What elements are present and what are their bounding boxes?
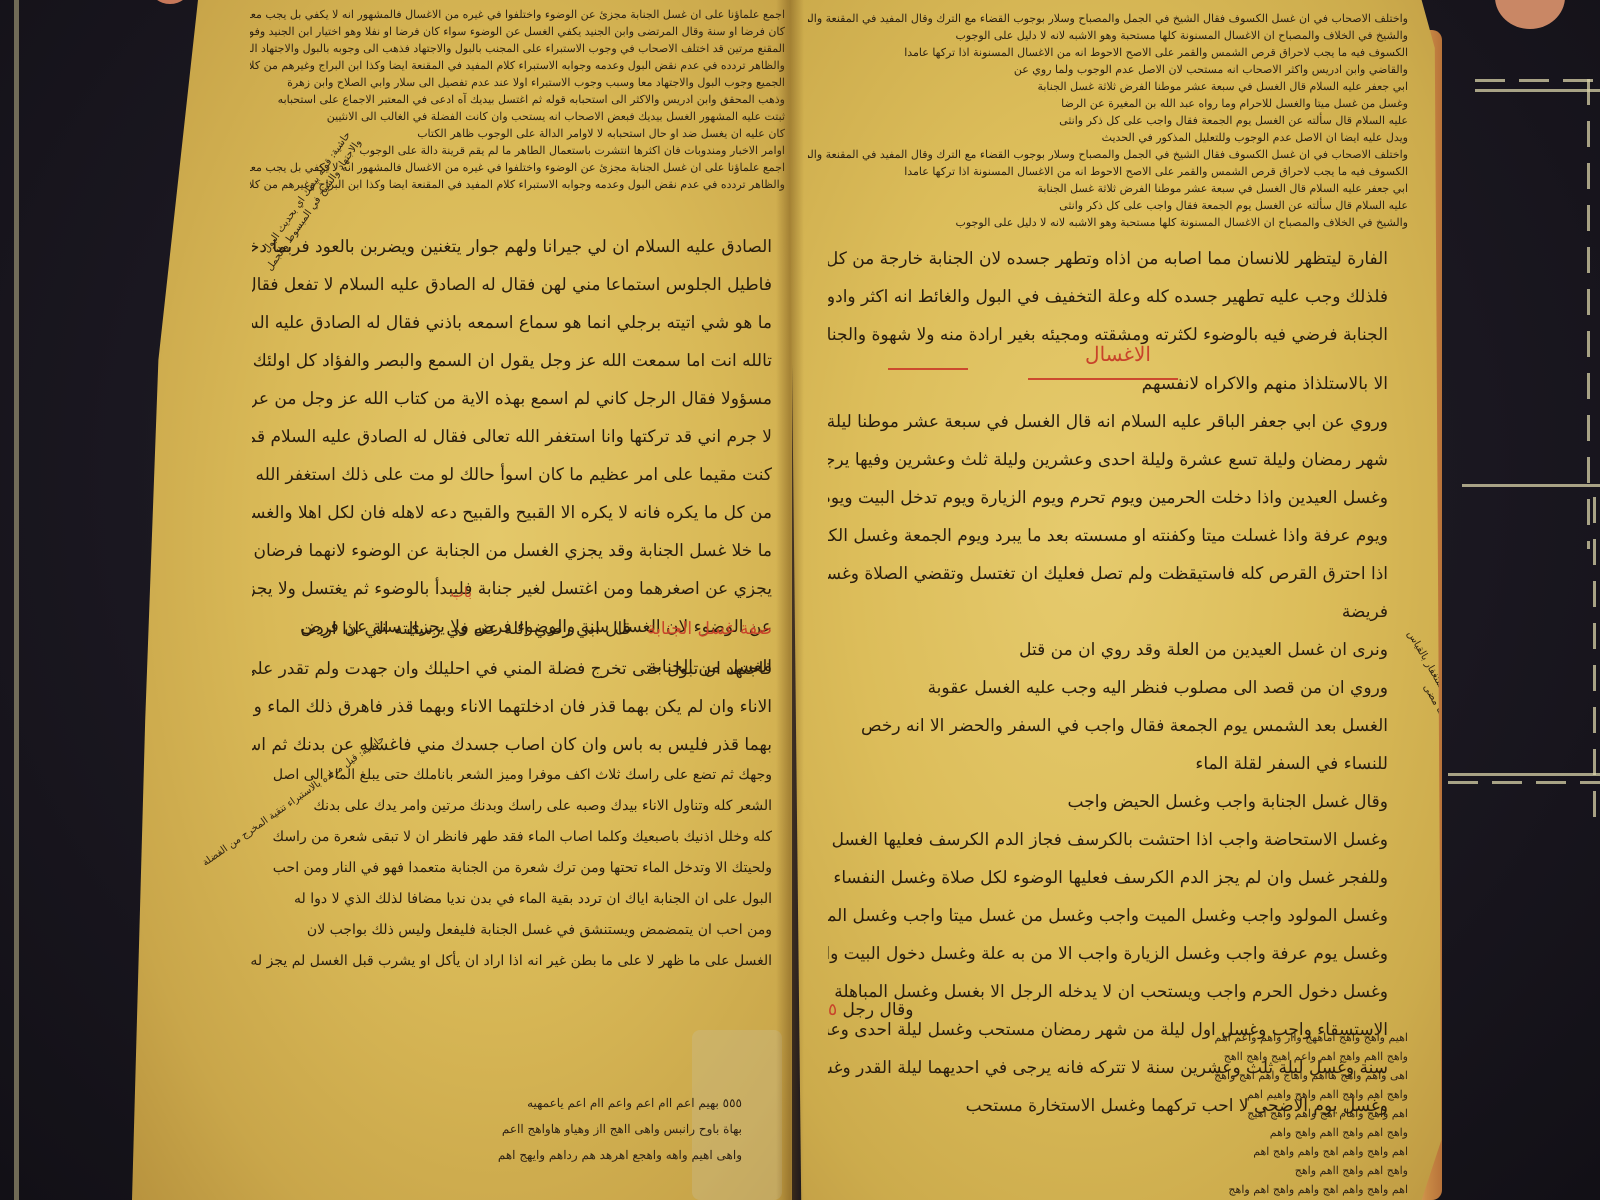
text-line: مسؤولا فقال الرجل كاني لم اسمع بهذه الاي… xyxy=(252,380,772,418)
text-line: ويدل عليه ايضا ان الاصل عدم الوجوب وللتع… xyxy=(808,129,1408,146)
text-line: فاطيل الجلوس استماعا مني لهن فقال له الص… xyxy=(252,266,772,304)
text-line: الغسل بعد الشمس يوم الجمعة فقال واجب في … xyxy=(828,707,1388,745)
text-line: ومن احب ان يتمضمض ويستنشق في غسل الجنابة… xyxy=(172,915,772,946)
right-page: واختلف الاصحاب في ان غسل الكسوف فقال الش… xyxy=(788,0,1448,1200)
text-line: وللفجر غسل وان لم يجز الدم الكرسف فعليها… xyxy=(828,859,1388,897)
mat-solid-guide xyxy=(1462,484,1600,487)
text-line: عليه السلام قال سألته عن الغسل يوم الجمع… xyxy=(808,112,1408,129)
text-line: واختلف الاصحاب في ان غسل الكسوف فقال الش… xyxy=(808,146,1408,163)
mat-solid-guide xyxy=(1448,773,1600,776)
text-line: الا بالاستلذاذ منهم والاكراه لانفسهم xyxy=(828,365,1388,403)
text-line: ﺍﻫﻢ ﻭﺍﻫﺞ ﻭﺍﻫﻢ ﺍﻫﺞ ﻭﺍﻫﻢ ﻭﺍﻫﺞ ﺍﻫﻢ ﻭﺍﻫﺞ xyxy=(838,1180,1408,1199)
text-line: ويوم عرفة واذا غسلت ميتا وكفنته او مسسته… xyxy=(828,517,1388,555)
text-line: ﺍﻫﻢ ﻭﺍﻫﺞ ﻭﺍﻫﻢ ﺍﻫﺞ ﻭﺍﻫﻢ ﻭﺍﻫﺞ ﺍﻫﻢ xyxy=(838,1142,1408,1161)
text-line: ﺑﻬﺎﺓ ﺑﺎﻭﺡ ﺭﺍﻧﺒﺲ ﻭﺍﻫﻰ ﺍﺍﻫﺞ ﺍﺍﺯ ﻭﻫﻴﺎﻭ ﻫﺎﻭﺍ… xyxy=(182,1116,742,1142)
text-line: الجميع وجوب البول والاجتهاد معا وسبب وجو… xyxy=(250,74,785,91)
mat-edge-line xyxy=(14,0,19,1200)
text-line: الاناء وان لم يكن بهما قذر فان ادخلتهما … xyxy=(252,688,772,726)
right-main-text: الفارة ليتظهر للانسان مما اصابه من اذاه … xyxy=(828,240,1388,354)
text-line: ما هو شي اتيته برجلي انما هو سماع اسمعه … xyxy=(252,304,772,342)
text-line: البول على ان الجنابة اياك ان تردد بقية ا… xyxy=(172,884,772,915)
text-line: عليه السلام قال سألته عن الغسل يوم الجمع… xyxy=(808,197,1408,214)
text-line: وقال غسل الجنابة واجب وغسل الحيض واجب xyxy=(828,783,1388,821)
right-bottom-shorthand: ﺍﻫﻴﻢ ﻭﺍﻫﺞ ﻭﺍﻫﺞ ﺍﻣﺎﻫﻬﺞ ﻭﺍﺍﺭ ﻭﺍﻫﻢ ﻭﺍﻋﻢ ﺍﻫﻢ… xyxy=(838,1028,1408,1199)
text-line: وغسل العيدين واذا دخلت الحرمين ويوم تحرم… xyxy=(828,479,1388,517)
left-lower-text: وجهك ثم تضع على راسك ثلاث اكف موفرا وميز… xyxy=(172,760,772,977)
text-line: واختلف الاصحاب في ان غسل الكسوف فقال الش… xyxy=(808,10,1408,27)
rubric-marker: ٥ xyxy=(828,1000,837,1020)
text-line: وغسل الاستحاضة واجب اذا احتشت بالكرسف فج… xyxy=(828,821,1388,859)
text-line: ﻭﺍﻫﺞ ﺍﻫﻢ ﻭﺍﻫﺞ ﺍﺍﻫﻢ ﻭﺍﻫﺞ ﻭﺍﻫﻢ xyxy=(838,1123,1408,1142)
text-line: وجهك ثم تضع على راسك ثلاث اكف موفرا وميز… xyxy=(172,760,772,791)
left-bottom-shorthand: ٥٥٥ ﺑﻬﻴﻢ ﺍﻋﻢ ﺍﺍﻡ ﺍﻋﻢ ﻭﺍﻋﻢ ﺍﺍﻡ ﺍﻋﻢ ﻳﺎﻋﻤﻬﻴ… xyxy=(182,1090,742,1168)
mat-dashed-guide xyxy=(1587,79,1590,549)
text-line: وغسل من غسل ميتا والغسل للاحرام وما رواه… xyxy=(808,95,1408,112)
text-line: وذهب المحقق وابن ادريس والاكثر الى استحب… xyxy=(250,91,785,108)
mat-dashed-guide xyxy=(1448,781,1600,784)
text-line: اذا احترق القرص كله فاستيقظت ولم تصل فعل… xyxy=(828,555,1388,593)
text-line: ٥٥٥ ﺑﻬﻴﻢ ﺍﻋﻢ ﺍﺍﻡ ﺍﻋﻢ ﻭﺍﻋﻢ ﺍﺍﻡ ﺍﻋﻢ ﻳﺎﻋﻤﻬﻴ… xyxy=(182,1090,742,1116)
rubric-heading: صفة غسل الجنابة xyxy=(647,619,772,639)
text-line: فلذلك وجب عليه تطهير جسده كله وعلة التخف… xyxy=(828,278,1388,316)
text-line: الفارة ليتظهر للانسان مما اصابه من اذاه … xyxy=(828,240,1388,278)
mat-solid-guide xyxy=(1475,89,1600,92)
mat-dashed-guide xyxy=(1593,497,1596,817)
rubric-heading: الاغسال xyxy=(1085,342,1151,366)
text-line: ابي جعفر عليه السلام قال الغسل في سبعة ع… xyxy=(808,78,1408,95)
left-page: اجمع علماؤنا على ان غسل الجنابة مجزئ عن … xyxy=(132,0,792,1200)
text-line: من كل ما يكره فانه لا يكره الا القبيح وا… xyxy=(252,494,772,532)
text-line: ﻭﺍﻫﺞ ﺍﺍﻫﻢ ﻭﺍﻫﺞ ﺍﻫﻢ ﻭﺍﻋﻢ ﺍﻫﻴﺞ ﻭﺍﻫﺞ ﺍﺍﻫﺞ xyxy=(838,1047,1408,1066)
text-line: تالله انت اما سمعت الله عز وجل يقول ان ا… xyxy=(252,342,772,380)
text-line: كنت مقيما على امر عظيم ما كان اسوأ حالك … xyxy=(252,456,772,494)
text-line: وروي عن ابي جعفر الباقر عليه السلام انه … xyxy=(828,403,1388,441)
right-rubric-row: الاغسال xyxy=(868,342,1368,366)
text-line: والقاضي وابن ادريس واكثر الاصحاب انه مست… xyxy=(808,61,1408,78)
text-line: ما خلا غسل الجنابة وقد يجزي الغسل من الج… xyxy=(252,532,772,570)
book-gutter xyxy=(776,0,804,1200)
mat-dashed-guide xyxy=(1475,79,1600,82)
text-line: والشيخ في الخلاف والمصباح ان الاغسال الم… xyxy=(808,27,1408,44)
text-line: والظاهر تردده في عدم نقض البول وعدمه وجو… xyxy=(250,57,785,74)
text-line: الكسوف فيه ما يجب لاحراق قرص الشمس والقم… xyxy=(808,44,1408,61)
text-line: المقنع مرتين قد اختلف الاصحاب في وجوب ال… xyxy=(250,40,785,57)
text-line: كان عليه ان يغسل ضد او حال استحبابه لا ل… xyxy=(250,125,785,142)
text-line: بهما قذر فليس به باس وان كان اصاب جسدك م… xyxy=(252,726,772,764)
text-line: ﺍﻫﻢ ﻭﺍﻫﺞ ﻭﺍﻫﺎﻡ ﺍﻫﺞ ﻭﺍﻫﻢ ﻭﺍﻫﺞ ﺍﻫﻴﺞ xyxy=(838,1104,1408,1123)
text-line: وغسل يوم عرفة واجب وغسل الزيارة واجب الا… xyxy=(828,935,1388,973)
text-line: وقال رجل xyxy=(843,1000,914,1020)
text-line: ونرى ان غسل العيدين من العلة وقد روي ان … xyxy=(828,631,1388,669)
text-line: ﻭﺍﻫﺞ ﺍﻫﻢ ﻭﺍﻫﺞ ﺍﺍﻫﻢ ﻭﺍﻫﺞ ﻭﺍﻫﻴﻢ ﺍﻫﻢ xyxy=(838,1085,1408,1104)
text-line: لا جرم اني قد تركتها وانا استغفر الله تع… xyxy=(252,418,772,456)
text-line: كان فرضا او سنة وقال المرتضى وابن الجنيد… xyxy=(250,23,785,40)
text-line: وغسل المولود واجب وغسل الميت واجب وغسل م… xyxy=(828,897,1388,935)
text-line: ولحيتك الا وتدخل الماء تحتها ومن ترك شعر… xyxy=(172,853,772,884)
text-line: ابي جعفر عليه السلام قال الغسل في سبعة ع… xyxy=(808,180,1408,197)
left-main-text: الصادق عليه السلام ان لي جيرانا ولهم جوا… xyxy=(252,228,772,646)
text-line: الكسوف فيه ما يجب لاحراق قرص الشمس والقم… xyxy=(808,163,1408,180)
text-line: وروي ان من قصد الى مصلوب فنظر اليه وجب ع… xyxy=(828,669,1388,707)
text-line: فاجتهد ان تبول حتى تخرج فضلة المني في اح… xyxy=(252,650,772,688)
text-line: ﻭﺍﻫﻰ ﺍﻫﻴﻢ ﻭﺍﻫﻪ ﻭﺍﻫﺠﻊ ﺍﻫﺮﻫﺪ ﻫﻢ ﺭﺩﺍﻫﻢ ﻭﺍﻳﻬ… xyxy=(182,1142,742,1168)
text-line: الصادق عليه السلام ان لي جيرانا ولهم جوا… xyxy=(252,228,772,266)
right-top-commentary: واختلف الاصحاب في ان غسل الكسوف فقال الش… xyxy=(808,10,1408,231)
text-line: ﻭﺍﻫﺞ ﺍﻫﻢ ﻭﺍﻫﺞ ﺍﺍﻫﻢ ﻭﺍﻫﺞ xyxy=(838,1161,1408,1180)
text-line: الغسل على ما ظهر لا على ما بطن غير انه ا… xyxy=(172,946,772,977)
text-line: اجمع علماؤنا على ان غسل الجنابة مجزئ عن … xyxy=(250,6,785,23)
left-main-text-2: فاجتهد ان تبول حتى تخرج فضلة المني في اح… xyxy=(252,650,772,764)
text-line: والشيخ في الخلاف والمصباح ان الاغسال الم… xyxy=(808,214,1408,231)
text-line: فريضة xyxy=(828,593,1388,631)
text-line: ثبتت عليه المشهور الغسل بيديك فبعض الاصح… xyxy=(250,108,785,125)
rubric-marker: باب xyxy=(451,585,472,601)
text-line: شهر رمضان وليلة تسع عشرة وليلة احدى وعشر… xyxy=(828,441,1388,479)
text-line: للنساء في السفر لقلة الماء xyxy=(828,745,1388,783)
right-closing-row: وقال رجل ٥ xyxy=(828,1000,1128,1020)
text-line: ﺍﻫﻰ ﻭﺍﻫﻢ ﻭﺍﻫﺞ ﻫﺎﺍﻫﻢ ﻭﺍﻫﺎﺝ ﻭﺍﻫﻢ ﺍﻫﺞ ﻭﺍﻫﺞ xyxy=(838,1066,1408,1085)
text-line: ﺍﻫﻴﻢ ﻭﺍﻫﺞ ﻭﺍﻫﺞ ﺍﻣﺎﻫﻬﺞ ﻭﺍﺍﺭ ﻭﺍﻫﻢ ﻭﺍﻋﻢ ﺍﻫﻢ xyxy=(838,1028,1408,1047)
left-rubric-marker-row: باب xyxy=(252,585,472,601)
